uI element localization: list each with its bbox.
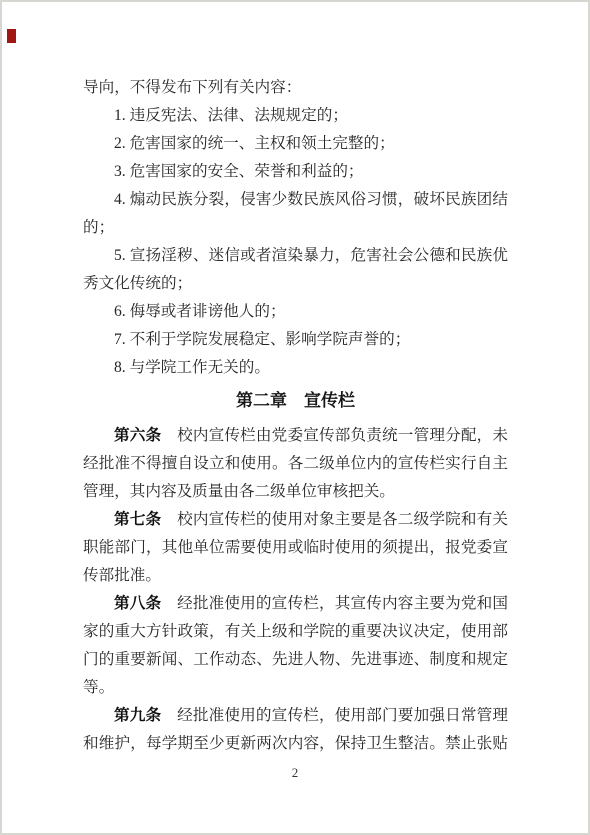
text-line: 和维护，每学期至少更新两次内容，保持卫生整洁。禁止张贴 [83, 730, 508, 758]
text-line: 门的重要新闻、工作动态、先进人物、先进事迹、制度和规定 [83, 646, 508, 674]
text-line: 第六条 校内宣传栏由党委宣传部负责统一管理分配，未 [83, 422, 508, 450]
text-line: 第七条 校内宣传栏的使用对象主要是各二级学院和有关 [83, 506, 508, 534]
text-line: 第八条 经批准使用的宣传栏，其宣传内容主要为党和国 [83, 590, 508, 618]
text-line: 8. 与学院工作无关的。 [83, 354, 508, 382]
article-number: 第九条 [114, 707, 161, 724]
text-line: 秀文化传统的； [83, 270, 508, 298]
text-line: 经批准不得擅自设立和使用。各二级单位内的宣传栏实行自主 [83, 450, 508, 478]
text-line: 等。 [83, 674, 508, 702]
page-number: 2 [2, 765, 588, 781]
text-line: 4. 煽动民族分裂，侵害少数民族风俗习惯，破坏民族团结 [83, 186, 508, 214]
text-line: 2. 危害国家的统一、主权和领土完整的； [83, 130, 508, 158]
document-page: 导向，不得发布下列有关内容：1. 违反宪法、法律、法规规定的；2. 危害国家的统… [0, 0, 590, 835]
text-line: 5. 宣扬淫秽、迷信或者渲染暴力，危害社会公德和民族优 [83, 242, 508, 270]
article-number: 第七条 [114, 511, 161, 528]
text-line: 的； [83, 214, 508, 242]
document-body: 导向，不得发布下列有关内容：1. 违反宪法、法律、法规规定的；2. 危害国家的统… [83, 74, 508, 758]
text-line: 第九条 经批准使用的宣传栏，使用部门要加强日常管理 [83, 702, 508, 730]
text-line: 家的重大方针政策，有关上级和学院的重要决议决定，使用部 [83, 618, 508, 646]
article-number: 第六条 [114, 427, 161, 444]
text-line: 导向，不得发布下列有关内容： [83, 74, 508, 102]
text-line: 7. 不利于学院发展稳定、影响学院声誉的； [83, 326, 508, 354]
text-line: 6. 侮辱或者诽谤他人的； [83, 298, 508, 326]
text-line: 3. 危害国家的安全、荣誉和利益的； [83, 158, 508, 186]
text-line: 管理，其内容及质量由各二级单位审核把关。 [83, 478, 508, 506]
text-line: 传部批准。 [83, 562, 508, 590]
red-corner-mark [7, 29, 16, 43]
text-line: 职能部门，其他单位需要使用或临时使用的须提出，报党委宣 [83, 534, 508, 562]
text-line: 1. 违反宪法、法律、法规规定的； [83, 102, 508, 130]
article-number: 第八条 [114, 595, 161, 612]
chapter-heading: 第二章 宣传栏 [83, 387, 508, 415]
